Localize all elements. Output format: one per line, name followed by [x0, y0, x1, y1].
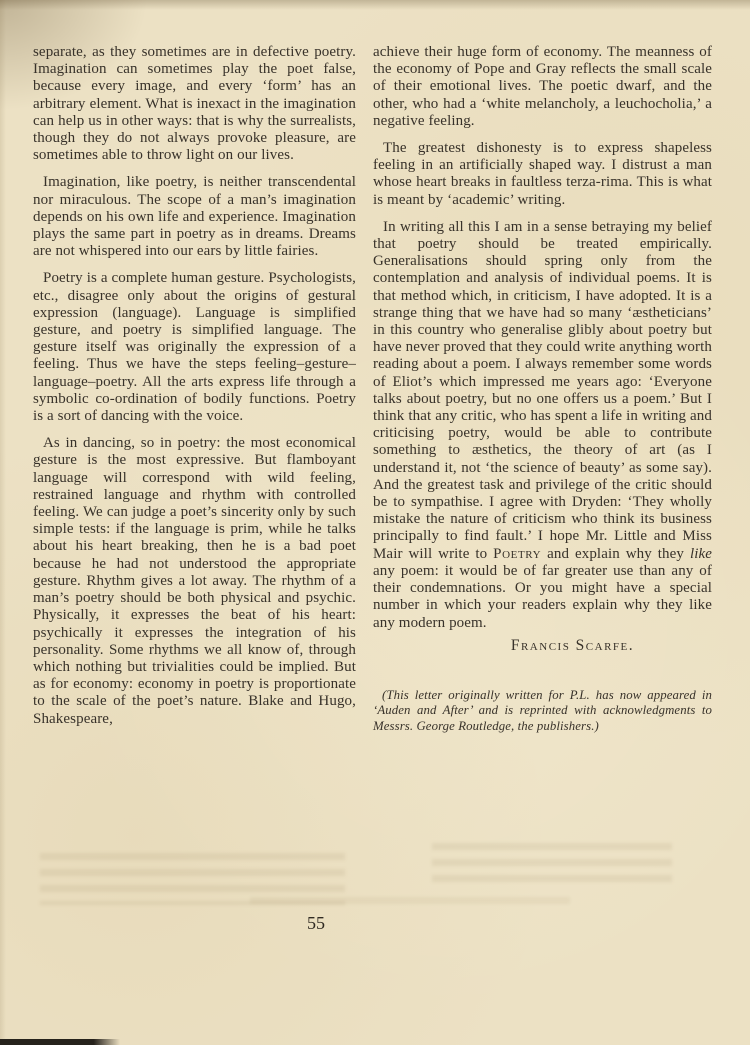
paragraph: In writing all this I am in a sense betr…: [373, 219, 712, 632]
reverse-side-show-through: [432, 843, 672, 889]
paragraph: separate, as they sometimes are in defec…: [33, 44, 356, 164]
left-column: separate, as they sometimes are in defec…: [33, 44, 356, 734]
body-text: any poem: it would be of far greater use…: [373, 563, 712, 631]
reverse-side-show-through: [250, 897, 570, 908]
page-number: 55: [291, 913, 341, 934]
emphasis-text: Poetry: [493, 546, 541, 562]
scan-left-shadow: [0, 0, 6, 1045]
text-block: separate, as they sometimes are in defec…: [33, 44, 712, 734]
body-text: and explain why they: [541, 546, 690, 562]
body-text: Imagination, like poetry, is neither tra…: [33, 174, 356, 259]
scanned-book-page: separate, as they sometimes are in defec…: [0, 0, 750, 1045]
body-text: separate, as they sometimes are in defec…: [33, 44, 356, 163]
paragraph: The greatest dishonesty is to express sh…: [373, 140, 712, 209]
body-text: In writing all this I am in a sense betr…: [373, 219, 712, 562]
paragraph: Imagination, like poetry, is neither tra…: [33, 174, 356, 260]
body-text: As in dancing, so in poetry: the most ec…: [33, 435, 356, 726]
paragraph: achieve their huge form of economy. The …: [373, 44, 712, 130]
right-column-paragraphs: achieve their huge form of economy. The …: [373, 44, 712, 632]
paragraph: As in dancing, so in poetry: the most ec…: [33, 435, 356, 727]
reprint-footnote: (This letter originally written for P.L.…: [373, 688, 712, 735]
reverse-side-show-through: [40, 853, 345, 905]
body-text: The greatest dishonesty is to express sh…: [373, 140, 712, 208]
body-text: Poetry is a complete human gesture. Psyc…: [33, 270, 356, 424]
paragraph: Poetry is a complete human gesture. Psyc…: [33, 270, 356, 425]
scan-top-shadow: [0, 0, 750, 10]
emphasis-text: like: [690, 546, 712, 562]
body-text: achieve their huge form of economy. The …: [373, 44, 712, 129]
right-column: achieve their huge form of economy. The …: [373, 44, 712, 734]
scan-edge-artifact: [0, 1039, 120, 1045]
author-signature: Francis Scarfe.: [373, 637, 712, 654]
